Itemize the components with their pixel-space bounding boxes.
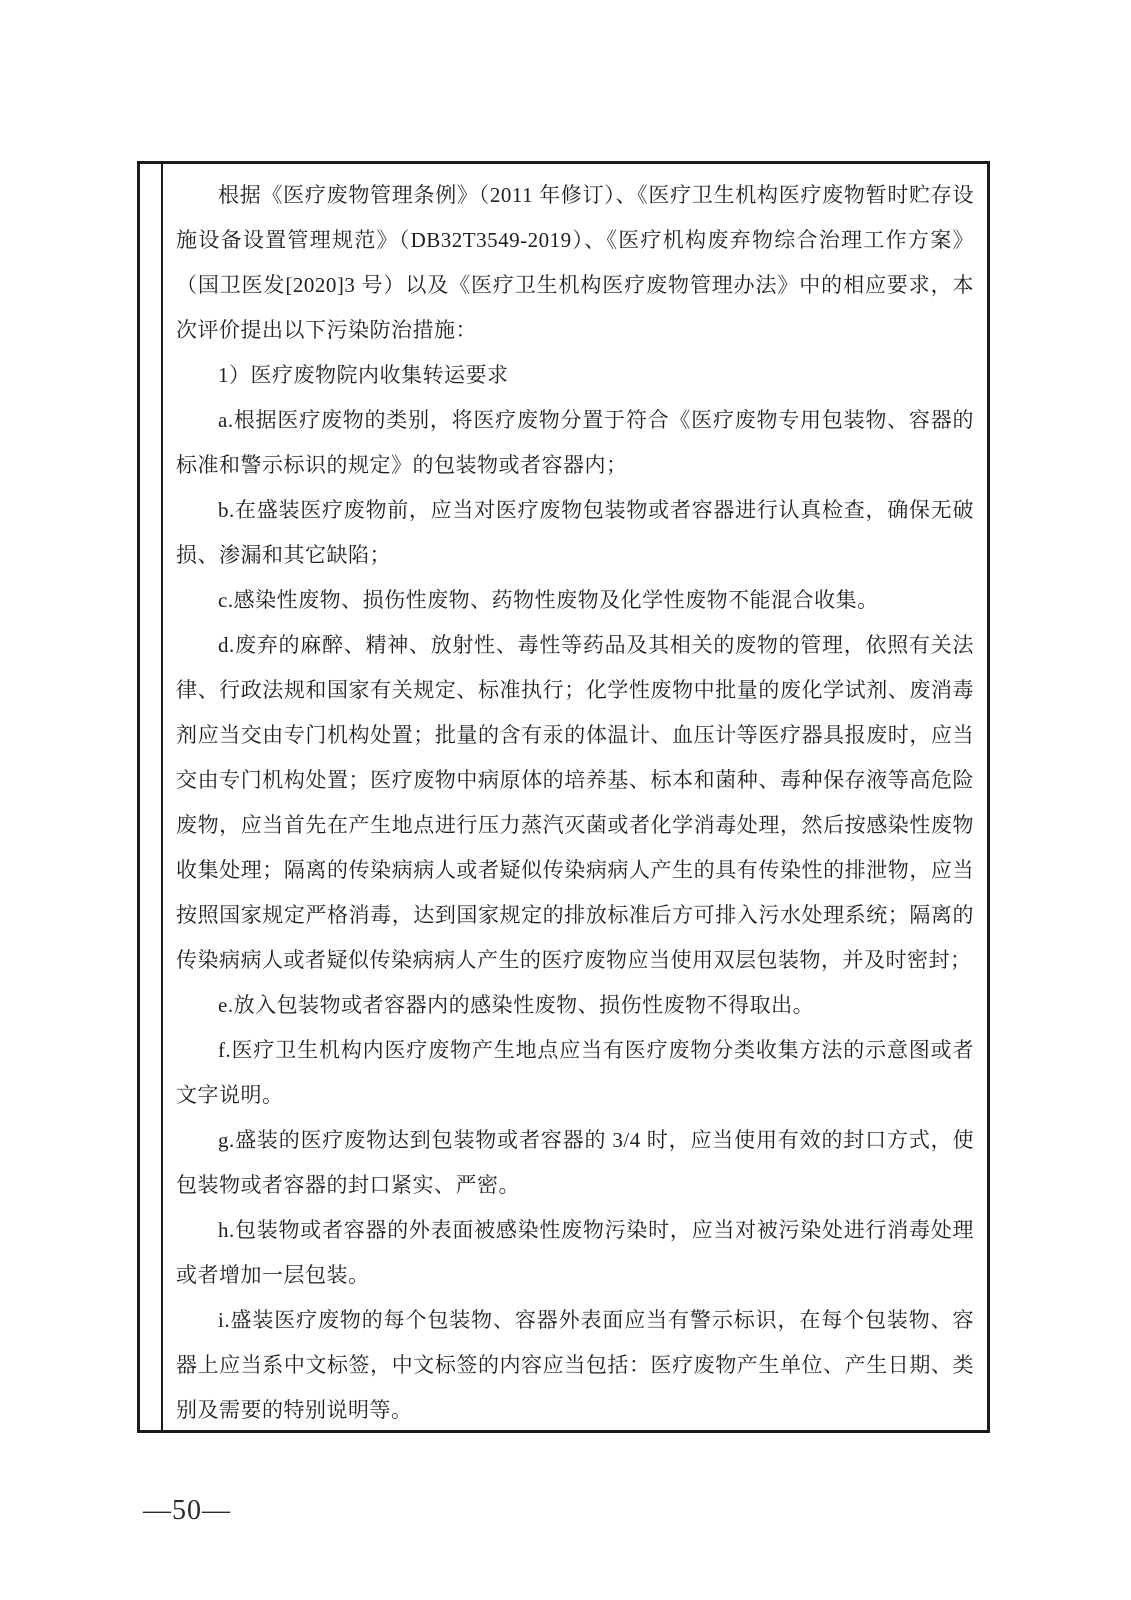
paragraph-item-g: g.盛装的医疗废物达到包装物或者容器的 3/4 时，应当使用有效的封口方式，使包… (176, 1118, 974, 1208)
paragraph-heading-1: 1）医疗废物院内收集转运要求 (176, 353, 974, 398)
paragraph-item-b: b.在盛装医疗废物前，应当对医疗废物包装物或者容器进行认真检查，确保无破损、渗漏… (176, 488, 974, 578)
paragraph-item-d: d.废弃的麻醉、精神、放射性、毒性等药品及其相关的废物的管理，依照有关法律、行政… (176, 623, 974, 983)
paragraph-intro: 根据《医疗废物管理条例》（2011 年修订）、《医疗卫生机构医疗废物暂时贮存设施… (176, 173, 974, 353)
table-left-cell (140, 164, 163, 1430)
paragraph-item-i: i.盛装医疗废物的每个包装物、容器外表面应当有警示标识，在每个包装物、容器上应当… (176, 1298, 974, 1430)
paragraph-item-c: c.感染性废物、损伤性废物、药物性废物及化学性废物不能混合收集。 (176, 578, 974, 623)
paragraph-item-f: f.医疗卫生机构内医疗废物产生地点应当有医疗废物分类收集方法的示意图或者文字说明… (176, 1028, 974, 1118)
paragraph-item-a: a.根据医疗废物的类别，将医疗废物分置于符合《医疗废物专用包装物、容器的标准和警… (176, 398, 974, 488)
document-table: 根据《医疗废物管理条例》（2011 年修订）、《医疗卫生机构医疗废物暂时贮存设施… (137, 161, 990, 1433)
paragraph-item-e: e.放入包装物或者容器内的感染性废物、损伤性废物不得取出。 (176, 983, 974, 1028)
document-page: 根据《医疗废物管理条例》（2011 年修订）、《医疗卫生机构医疗废物暂时贮存设施… (0, 0, 1131, 1600)
table-content-cell: 根据《医疗废物管理条例》（2011 年修订）、《医疗卫生机构医疗废物暂时贮存设施… (163, 164, 987, 1430)
page-number: —50— (143, 1495, 231, 1527)
paragraph-item-h: h.包装物或者容器的外表面被感染性废物污染时，应当对被污染处进行消毒处理或者增加… (176, 1208, 974, 1298)
